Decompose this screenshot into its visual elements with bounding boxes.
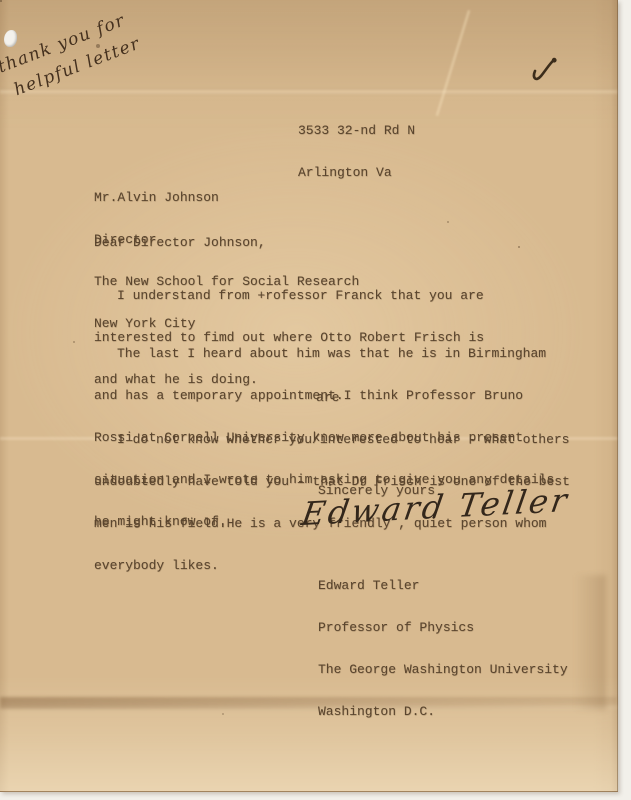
scan-background: thank you for helpful letter 3533 32-nd … — [0, 0, 631, 800]
typed-line: Mr.Alvin Johnson — [94, 191, 359, 205]
typed-insertion-word: are — [316, 391, 339, 405]
salutation: Dear Director Johnson, — [94, 236, 266, 250]
typed-line: I understand from +rofessor Franck that … — [94, 289, 484, 303]
typed-line: The George Washington University — [318, 663, 568, 677]
typed-line: Edward Teller — [318, 579, 568, 593]
torn-notch — [4, 30, 17, 47]
fold-crease-diagonal — [436, 10, 470, 116]
pen-check-mark-icon — [526, 50, 564, 88]
paper-stain — [574, 575, 606, 710]
typed-line: I do not know whether you/interested to … — [94, 433, 570, 447]
signature-block: Edward Teller Professor of Physics The G… — [318, 551, 568, 747]
typed-line: Professor of Physics — [318, 621, 568, 635]
typed-line: Washington D.C. — [318, 705, 568, 719]
paper-specks — [0, 0, 2, 2]
typed-line: The last I heard about him was that he i… — [94, 347, 554, 361]
letter-paper: thank you for helpful letter 3533 32-nd … — [0, 0, 618, 792]
typed-line: 3533 32-nd Rd N — [298, 124, 415, 138]
fold-crease-top — [0, 88, 617, 95]
